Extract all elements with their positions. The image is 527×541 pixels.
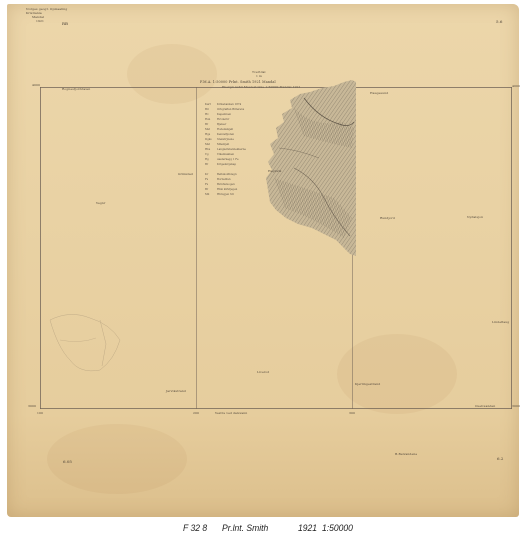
place-label: Rognesfjorddalen bbox=[62, 88, 90, 91]
place-label: Vegnr bbox=[96, 202, 105, 205]
terrain-relief-area bbox=[264, 78, 356, 256]
frame-corner-number: 4000 bbox=[32, 84, 40, 87]
footer-scale: 1:50000 bbox=[322, 523, 353, 539]
paper-stain bbox=[337, 334, 457, 414]
corner-mark-top-right: 5.6 bbox=[496, 20, 502, 24]
place-label: B-Belvandene bbox=[395, 453, 417, 456]
place-label: Kjerlingestrand bbox=[355, 383, 380, 386]
place-label: Lindeflaug bbox=[492, 321, 509, 324]
place-label: Vestre ved dalsvann bbox=[215, 412, 247, 415]
footer-year: 1921 bbox=[298, 523, 317, 539]
frame-corner-number: 3000 bbox=[512, 405, 520, 408]
place-label: 6.05 bbox=[63, 460, 72, 464]
footer-sheet-id: F 32 8 bbox=[183, 523, 207, 539]
frame-bottom-line bbox=[40, 408, 512, 409]
frame-tick-label: 200 bbox=[193, 412, 199, 415]
grid-line-vertical bbox=[196, 87, 197, 409]
map-legend: KarrKirkebanken 1874 BilOrkgraffen Bilte… bbox=[205, 102, 261, 197]
legend-row: MilHhrsgjen Stl bbox=[205, 192, 261, 197]
place-label: Hegnvik bbox=[268, 170, 281, 173]
place-label: Oselvsanden bbox=[475, 405, 495, 408]
place-label: Jarvikstrand bbox=[166, 390, 186, 393]
frame-tick-label: 300 bbox=[349, 412, 355, 415]
pencil-sketch bbox=[40, 300, 150, 400]
place-label: Haugesund bbox=[370, 92, 388, 95]
place-label: Rundjord bbox=[380, 217, 395, 220]
corner-note-line: 1921 bbox=[36, 20, 44, 23]
frame-right-line bbox=[511, 87, 512, 409]
paper-stain bbox=[127, 44, 217, 104]
place-label: Nydalsjon bbox=[467, 216, 483, 219]
frame-tick-label: 100 bbox=[37, 412, 43, 415]
frame-corner-number: 4000 bbox=[512, 85, 520, 88]
place-label: Liverod bbox=[257, 371, 269, 374]
place-label: Grimstad bbox=[178, 173, 193, 176]
corner-mark-top-left: RB bbox=[62, 22, 68, 26]
frame-corner-number: 3000 bbox=[28, 405, 36, 408]
footer-author: Pr.lnt. Smith bbox=[222, 523, 268, 539]
header-label-above-sub: 1 m bbox=[256, 75, 262, 78]
place-label: 6.2 bbox=[497, 457, 503, 461]
